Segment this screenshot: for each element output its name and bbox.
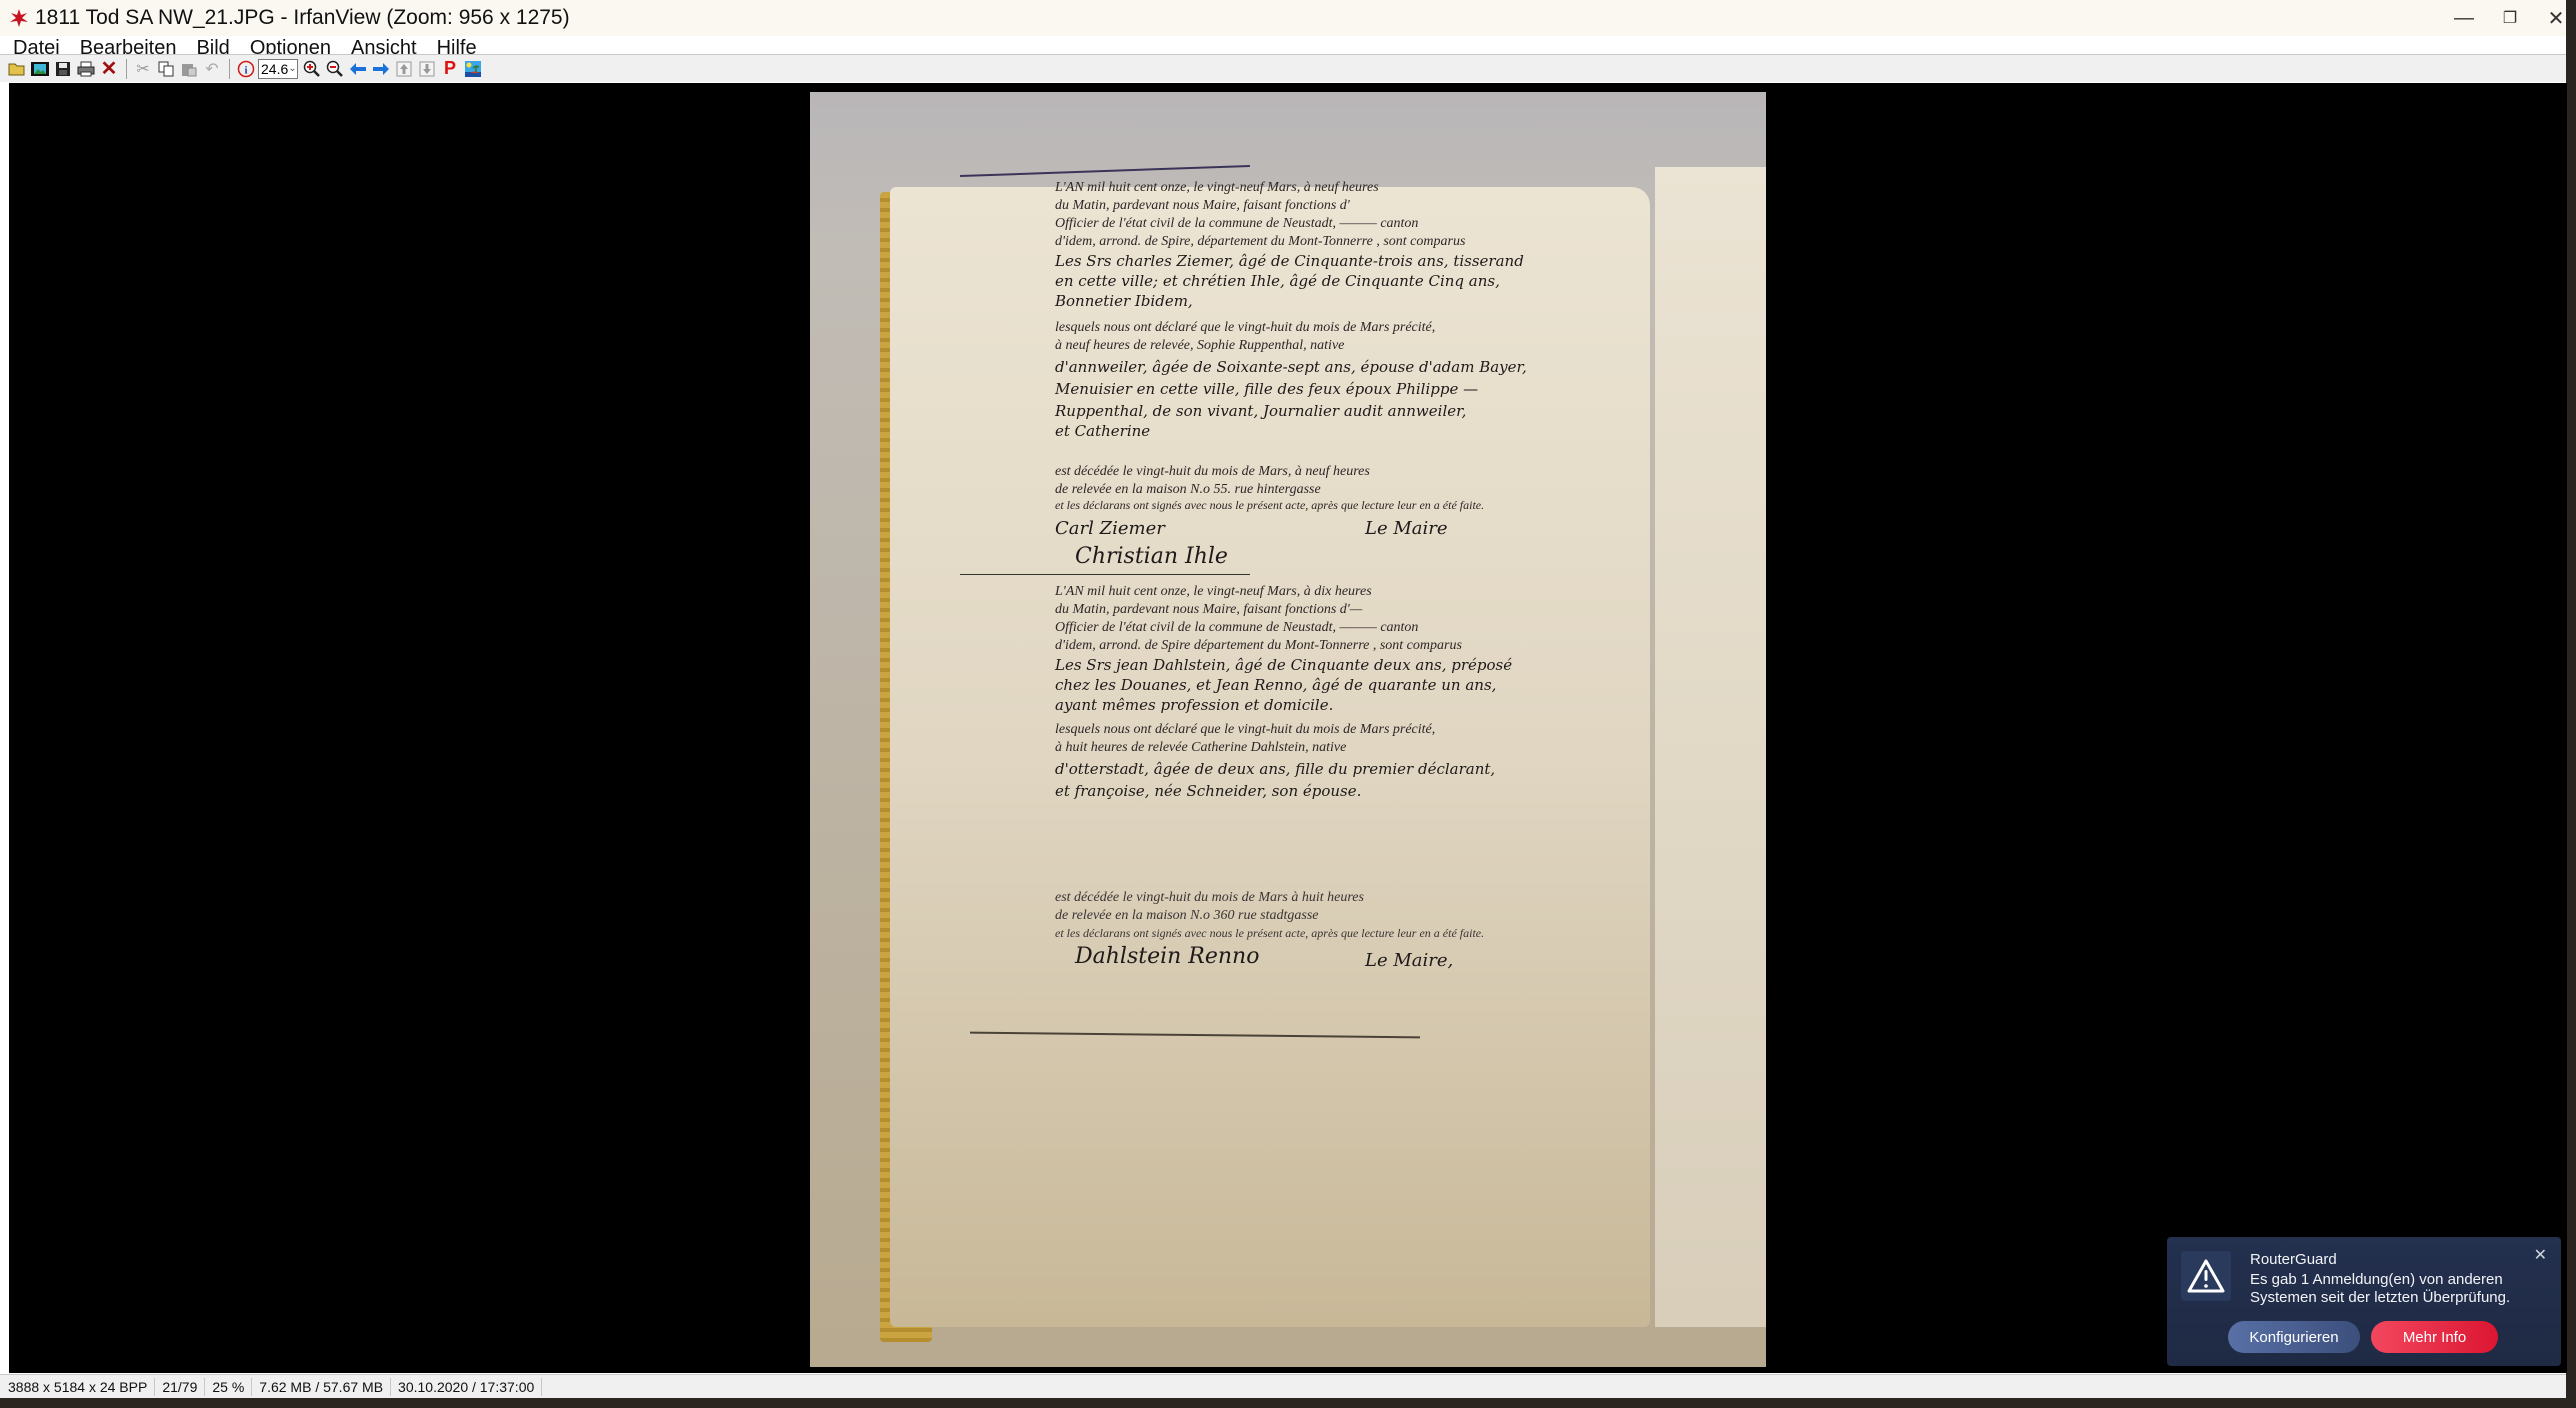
entry2-line: de relevée en la maison N.o 360 rue stad… bbox=[1055, 908, 1319, 924]
zoom-value: 24.6 bbox=[261, 61, 288, 77]
undo-icon: ↶ bbox=[205, 59, 218, 79]
entry1-line: Officier de l'état civil de la commune d… bbox=[1055, 216, 1418, 232]
entry1-line: à neuf heures de relevée, Sophie Ruppent… bbox=[1055, 338, 1344, 354]
info-icon: i bbox=[237, 60, 255, 78]
toolbar-separator bbox=[229, 59, 230, 79]
signature-witness-2: Christian Ihle bbox=[1075, 544, 1228, 569]
arrow-down-icon bbox=[419, 61, 435, 77]
entry2-line: du Matin, pardevant nous Maire, faisant … bbox=[1055, 602, 1362, 618]
mayor-label: Le Maire, bbox=[1365, 950, 1453, 971]
mayor-label: Le Maire bbox=[1365, 518, 1448, 539]
entry1-line: Menuisier en cette ville, fille des feux… bbox=[1055, 380, 1478, 398]
print-icon bbox=[77, 61, 95, 77]
facing-page bbox=[1655, 167, 1766, 1327]
zoom-out-button[interactable] bbox=[324, 58, 346, 80]
configure-button[interactable]: Konfigurieren bbox=[2228, 1321, 2360, 1353]
save-icon bbox=[55, 61, 71, 77]
window-title: 1811 Tod SA NW_21.JPG - IrfanView (Zoom:… bbox=[35, 6, 570, 30]
file-datetime: 30.10.2020 / 17:37:00 bbox=[391, 1378, 542, 1396]
close-icon: ✕ bbox=[2534, 1247, 2547, 1264]
zoom-in-icon bbox=[303, 60, 321, 78]
entry-divider bbox=[960, 574, 1250, 575]
entry2-line: chez les Douanes, et Jean Renno, âgé de … bbox=[1055, 676, 1496, 694]
entry1-line: d'annweiler, âgée de Soixante-sept ans, … bbox=[1055, 358, 1527, 376]
slideshow-icon bbox=[30, 61, 50, 77]
irfanview-window: 1811 Tod SA NW_21.JPG - IrfanView (Zoom:… bbox=[0, 0, 2566, 1398]
print-button[interactable] bbox=[75, 58, 97, 80]
save-button[interactable] bbox=[52, 58, 74, 80]
entry1-line: d'idem, arrond. de Spire, département du… bbox=[1055, 234, 1465, 250]
zoom-out-icon bbox=[326, 60, 344, 78]
routerguard-notification: RouterGuard Es gab 1 Anmeldung(en) von a… bbox=[2167, 1237, 2561, 1366]
slideshow-button[interactable] bbox=[29, 58, 51, 80]
image-index: 21/79 bbox=[155, 1378, 205, 1396]
entry1-line: en cette ville; et chrétien Ihle, âgé de… bbox=[1055, 272, 1500, 290]
file-size: 7.62 MB / 57.67 MB bbox=[252, 1378, 391, 1396]
zoom-dropdown[interactable]: 24.6 ⌄ bbox=[258, 59, 298, 79]
cut-icon: ✂ bbox=[136, 59, 149, 79]
copy-icon bbox=[158, 61, 174, 77]
paint-button[interactable]: P bbox=[439, 58, 461, 80]
entry1-line: est décédée le vingt-huit du mois de Mar… bbox=[1055, 464, 1370, 480]
entry1-line: Bonnetier Ibidem, bbox=[1055, 292, 1193, 310]
entry1-line: Les Srs charles Ziemer, âgé de Cinquante… bbox=[1055, 252, 1524, 270]
arrow-up-icon bbox=[396, 61, 412, 77]
island-icon bbox=[464, 60, 482, 78]
entry2-line: est décédée le vingt-huit du mois de Mar… bbox=[1055, 890, 1364, 906]
entry2-line: Les Srs jean Dahlstein, âgé de Cinquante… bbox=[1055, 656, 1512, 674]
close-icon: ✕ bbox=[2548, 6, 2565, 31]
entry2-line: lesquels nous ont déclaré que le vingt-h… bbox=[1055, 722, 1435, 738]
signature-witnesses: Dahlstein Renno bbox=[1075, 944, 1259, 969]
notification-close-button[interactable]: ✕ bbox=[2534, 1245, 2547, 1265]
notification-message: Es gab 1 Anmeldung(en) von anderen Syste… bbox=[2250, 1271, 2540, 1307]
top-rule bbox=[960, 165, 1250, 177]
taskbar-strip bbox=[0, 1398, 2576, 1408]
first-image-button[interactable] bbox=[393, 58, 415, 80]
entry2-line: d'idem, arrond. de Spire département du … bbox=[1055, 638, 1462, 654]
signature-witness-1: Carl Ziemer bbox=[1055, 518, 1165, 539]
last-image-button[interactable] bbox=[416, 58, 438, 80]
entry1-line: L'AN mil huit cent onze, le vingt-neuf M… bbox=[1055, 180, 1379, 196]
entry1-line: de relevée en la maison N.o 55. rue hint… bbox=[1055, 482, 1321, 498]
warning-icon bbox=[2181, 1251, 2231, 1301]
cut-button[interactable]: ✂ bbox=[132, 58, 154, 80]
status-bar: 3888 x 5184 x 24 BPP 21/79 25 % 7.62 MB … bbox=[0, 1374, 2566, 1399]
more-info-button[interactable]: Mehr Info bbox=[2371, 1321, 2498, 1353]
entry1-line: et Catherine bbox=[1055, 422, 1150, 440]
restore-icon: ❐ bbox=[2503, 8, 2517, 28]
entry2-line: et françoise, née Schneider, son épouse. bbox=[1055, 782, 1361, 800]
minimize-icon: — bbox=[2454, 7, 2474, 30]
arrow-left-icon bbox=[349, 62, 367, 76]
entry2-line: d'otterstadt, âgée de deux ans, fille du… bbox=[1055, 760, 1495, 778]
copy-button[interactable] bbox=[155, 58, 177, 80]
image-canvas[interactable]: L'AN mil huit cent onze, le vingt-neuf M… bbox=[9, 83, 2567, 1373]
document-photo: L'AN mil huit cent onze, le vingt-neuf M… bbox=[810, 92, 1766, 1367]
entry2-line: L'AN mil huit cent onze, le vingt-neuf M… bbox=[1055, 584, 1372, 600]
about-button[interactable] bbox=[462, 58, 484, 80]
toolbar: ✕ ✂ ↶ i 24.6 ⌄ P bbox=[0, 54, 2566, 82]
notification-title: RouterGuard bbox=[2250, 1251, 2337, 1268]
previous-button[interactable] bbox=[347, 58, 369, 80]
entry1-line: du Matin, pardevant nous Maire, faisant … bbox=[1055, 198, 1350, 214]
paste-button[interactable] bbox=[178, 58, 200, 80]
entry1-line: lesquels nous ont déclaré que le vingt-h… bbox=[1055, 320, 1435, 336]
svg-text:i: i bbox=[244, 64, 247, 76]
delete-icon: ✕ bbox=[101, 56, 118, 81]
title-bar[interactable]: 1811 Tod SA NW_21.JPG - IrfanView (Zoom:… bbox=[0, 0, 2566, 36]
undo-button[interactable]: ↶ bbox=[201, 58, 223, 80]
chevron-down-icon: ⌄ bbox=[288, 63, 298, 74]
zoom-percent: 25 % bbox=[205, 1378, 252, 1396]
paste-icon bbox=[181, 61, 197, 77]
image-dimensions: 3888 x 5184 x 24 BPP bbox=[0, 1378, 155, 1396]
zoom-in-button[interactable] bbox=[301, 58, 323, 80]
entry2-line: à huit heures de relevée Catherine Dahls… bbox=[1055, 740, 1346, 756]
irfanview-logo-icon bbox=[9, 8, 29, 28]
entry2-line: Officier de l'état civil de la commune d… bbox=[1055, 620, 1418, 636]
paint-icon: P bbox=[444, 58, 456, 79]
toolbar-separator bbox=[126, 59, 127, 79]
entry2-line: et les déclarans ont signés avec nous le… bbox=[1055, 926, 1484, 941]
entry2-line: ayant mêmes profession et domicile. bbox=[1055, 696, 1333, 714]
close-button[interactable]: ✕ bbox=[2526, 0, 2576, 36]
open-button[interactable] bbox=[6, 58, 28, 80]
delete-button[interactable]: ✕ bbox=[98, 58, 120, 80]
next-button[interactable] bbox=[370, 58, 392, 80]
arrow-right-icon bbox=[372, 62, 390, 76]
entry1-line: et les déclarans ont signés avec nous le… bbox=[1055, 498, 1484, 513]
entry1-line: Ruppenthal, de son vivant, Journalier au… bbox=[1055, 402, 1466, 420]
open-icon bbox=[8, 61, 26, 77]
info-button[interactable]: i bbox=[235, 58, 257, 80]
